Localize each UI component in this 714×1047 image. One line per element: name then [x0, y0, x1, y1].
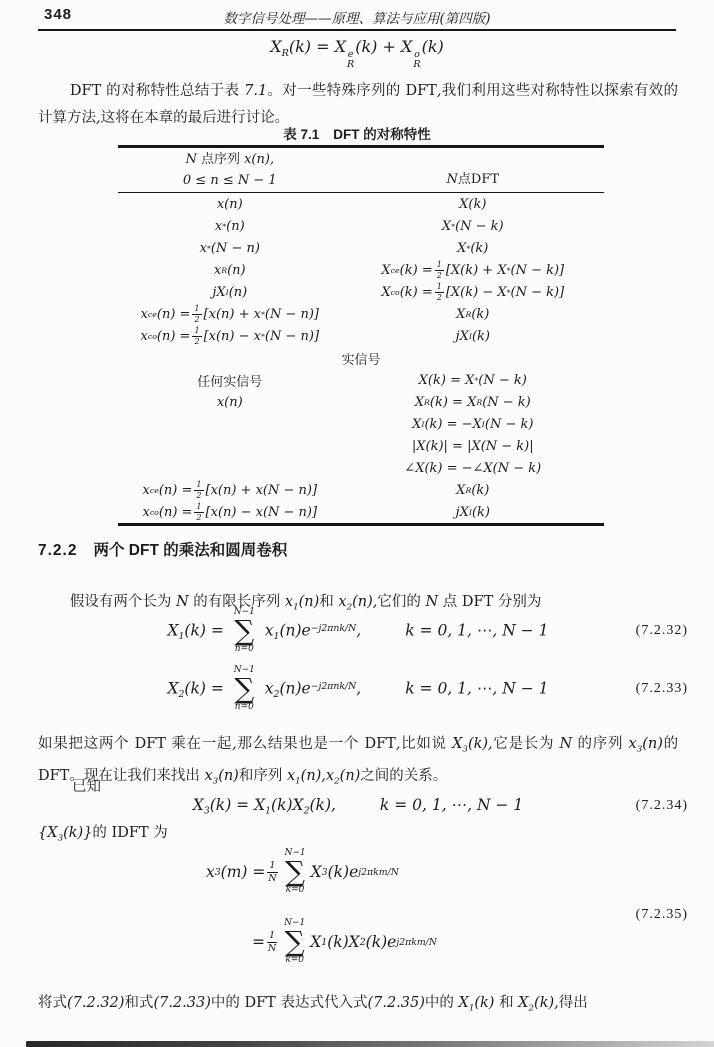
equation-7-2-35: x3(m) = 1N N−1∑k=0 X3(k)ej2πkm/N = 1N N−… — [38, 843, 678, 975]
section-title: 两个 DFT 的乘法和圆周卷积 — [93, 542, 287, 559]
equation-number: (7.2.33) — [636, 681, 688, 697]
table-cell-sequence: x(n) — [118, 395, 342, 410]
table-cell-dft: jXI(k) — [342, 505, 604, 520]
table-cell-dft: X(k) = X*(N − k) — [342, 373, 604, 388]
table-header-dft: N 点 DFT — [342, 148, 604, 192]
section-number: 7.2.2 — [38, 542, 77, 559]
section-heading: 7.2.2两个 DFT 的乘法和圆周卷积 — [38, 538, 287, 560]
table-cell-dft: Xce(k) = 12[X(k) + X*(N − k)] — [342, 260, 604, 280]
table-cell-sequence: 任何实信号 — [118, 371, 342, 390]
table-row: x*(n)X*(N − k) — [118, 215, 604, 237]
table-cell-dft: |X(k)| = |X(N − k)| — [342, 439, 604, 454]
running-header-title: 数字信号处理——原理、算法与应用(第四版) — [0, 7, 714, 27]
table-row: 任何实信号X(k) = X*(N − k) — [118, 369, 604, 391]
table-header-sequence: N 点序列 x(n), 0 ≤ n ≤ N − 1 — [118, 148, 342, 192]
equation-7-2-32-expr: X1(k) = N−1∑n=0 x1(n)e−j2πnk/N,k = 0, 1,… — [167, 607, 548, 656]
paragraph-substitute: 将式(7.2.32)和式(7.2.33)中的 DFT 表达式代入式(7.2.35… — [38, 990, 678, 1022]
table-header-sequence-line2: 0 ≤ n ≤ N − 1 — [183, 171, 277, 191]
equation-7-2-34-expr: X3(k) = X1(k)X2(k),k = 0, 1, ⋯, N − 1 — [193, 796, 523, 817]
table-cell-dft: X*(N − k) — [342, 219, 604, 234]
header-rule — [38, 29, 676, 31]
table-cell-sequence: x*(n) — [118, 219, 342, 234]
table-row: jXI(n)Xco(k) = 12[X(k) − X*(N − k)] — [118, 281, 604, 303]
table-row: ∠X(k) = −∠X(N − k) — [118, 457, 604, 479]
table-header-row: N 点序列 x(n), 0 ≤ n ≤ N − 1 N 点 DFT — [118, 148, 604, 193]
equation-7-2-35-line1: x3(m) = 1N N−1∑k=0 X3(k)ej2πkm/N — [206, 843, 399, 901]
table-cell-dft: X(k) — [342, 197, 604, 212]
table-cell-dft: X*(k) — [342, 241, 604, 256]
table-header-sequence-line1: N 点序列 x(n), — [185, 149, 274, 170]
equation-7-2-34: X3(k) = X1(k)X2(k),k = 0, 1, ⋯, N − 1 (7… — [38, 793, 678, 819]
table-row: xco(n) = 12[x(n) − x(N − n)]jXI(k) — [118, 501, 604, 523]
equation-number: (7.2.32) — [636, 623, 688, 639]
equation-7-2-35-line2: = 1N N−1∑k=0 X1(k)X2(k)ej2πkm/N — [252, 913, 437, 971]
dft-symmetry-table: N 点序列 x(n), 0 ≤ n ≤ N − 1 N 点 DFT x(n)X(… — [118, 145, 604, 526]
textbook-page: 348 数字信号处理——原理、算法与应用(第四版) XR(k) = XeR(k)… — [0, 0, 714, 1047]
table-cell-sequence: x(n) — [118, 197, 342, 212]
table-row: xce(n) = 12[x(n) + x*(N − n)]XR(k) — [118, 303, 604, 325]
table-cell-sequence: jXI(n) — [118, 285, 342, 300]
table-cell-sequence: xce(n) = 12[x(n) + x(N − n)] — [118, 480, 342, 500]
table-row: x*(N − n)X*(k) — [118, 237, 604, 259]
table-cell-dft: XI(k) = −XI(N − k) — [342, 417, 604, 432]
table-body-real: 任何实信号X(k) = X*(N − k)x(n)XR(k) = XR(N − … — [118, 369, 604, 523]
scan-edge-shadow — [26, 1041, 714, 1047]
table-cell-dft: ∠X(k) = −∠X(N − k) — [342, 461, 604, 476]
table-row: XI(k) = −XI(N − k) — [118, 413, 604, 435]
equation-7-2-33: X2(k) = N−1∑n=0 x2(n)e−j2πnk/N,k = 0, 1,… — [38, 660, 678, 718]
equation-number: (7.2.34) — [636, 798, 688, 814]
table-title-number: 表 7.1 — [283, 127, 319, 142]
table-cell-dft: XR(k) — [342, 307, 604, 322]
table-cell-dft: Xco(k) = 12[X(k) − X*(N − k)] — [342, 282, 604, 302]
equation-7-2-32: X1(k) = N−1∑n=0 x1(n)e−j2πnk/N,k = 0, 1,… — [38, 602, 678, 660]
table-cell-dft: XR(k) — [342, 483, 604, 498]
real-signal-divider: 实信号 — [118, 347, 604, 369]
table-cell-sequence: xce(n) = 12[x(n) + x*(N − n)] — [118, 304, 342, 324]
equation-xr-decomposition: XR(k) = XeR(k) + XoR(k) — [0, 37, 714, 70]
table-cell-sequence: xco(n) = 12[x(n) − x*(N − n)] — [118, 326, 342, 346]
table-row: x(n)XR(k) = XR(N − k) — [118, 391, 604, 413]
table-title: 表 7.1DFT 的对称特性 — [0, 123, 714, 143]
table-title-text: DFT 的对称特性 — [333, 127, 431, 142]
table-body-complex: x(n)X(k)x*(n)X*(N − k)x*(N − n)X*(k)xR(n… — [118, 193, 604, 347]
table-cell-sequence: xco(n) = 12[x(n) − x(N − n)] — [118, 502, 342, 522]
table-row: |X(k)| = |X(N − k)| — [118, 435, 604, 457]
table-row: xco(n) = 12[x(n) − x*(N − n)]jXI(k) — [118, 325, 604, 347]
table-row: xce(n) = 12[x(n) + x(N − n)]XR(k) — [118, 479, 604, 501]
table-cell-sequence: x*(N − n) — [118, 241, 342, 256]
table-row: xR(n)Xce(k) = 12[X(k) + X*(N − k)] — [118, 259, 604, 281]
paragraph-product-dft: 如果把这两个 DFT 乘在一起,那么结果也是一个 DFT,比如说 X3(k),它… — [38, 731, 678, 797]
table-cell-dft: XR(k) = XR(N − k) — [342, 395, 604, 410]
equation-7-2-33-expr: X2(k) = N−1∑n=0 x2(n)e−j2πnk/N,k = 0, 1,… — [167, 665, 548, 714]
equation-number: (7.2.35) — [636, 907, 688, 923]
table-cell-sequence: xR(n) — [118, 263, 342, 278]
table-row: x(n)X(k) — [118, 193, 604, 215]
table-cell-dft: jXI(k) — [342, 329, 604, 344]
